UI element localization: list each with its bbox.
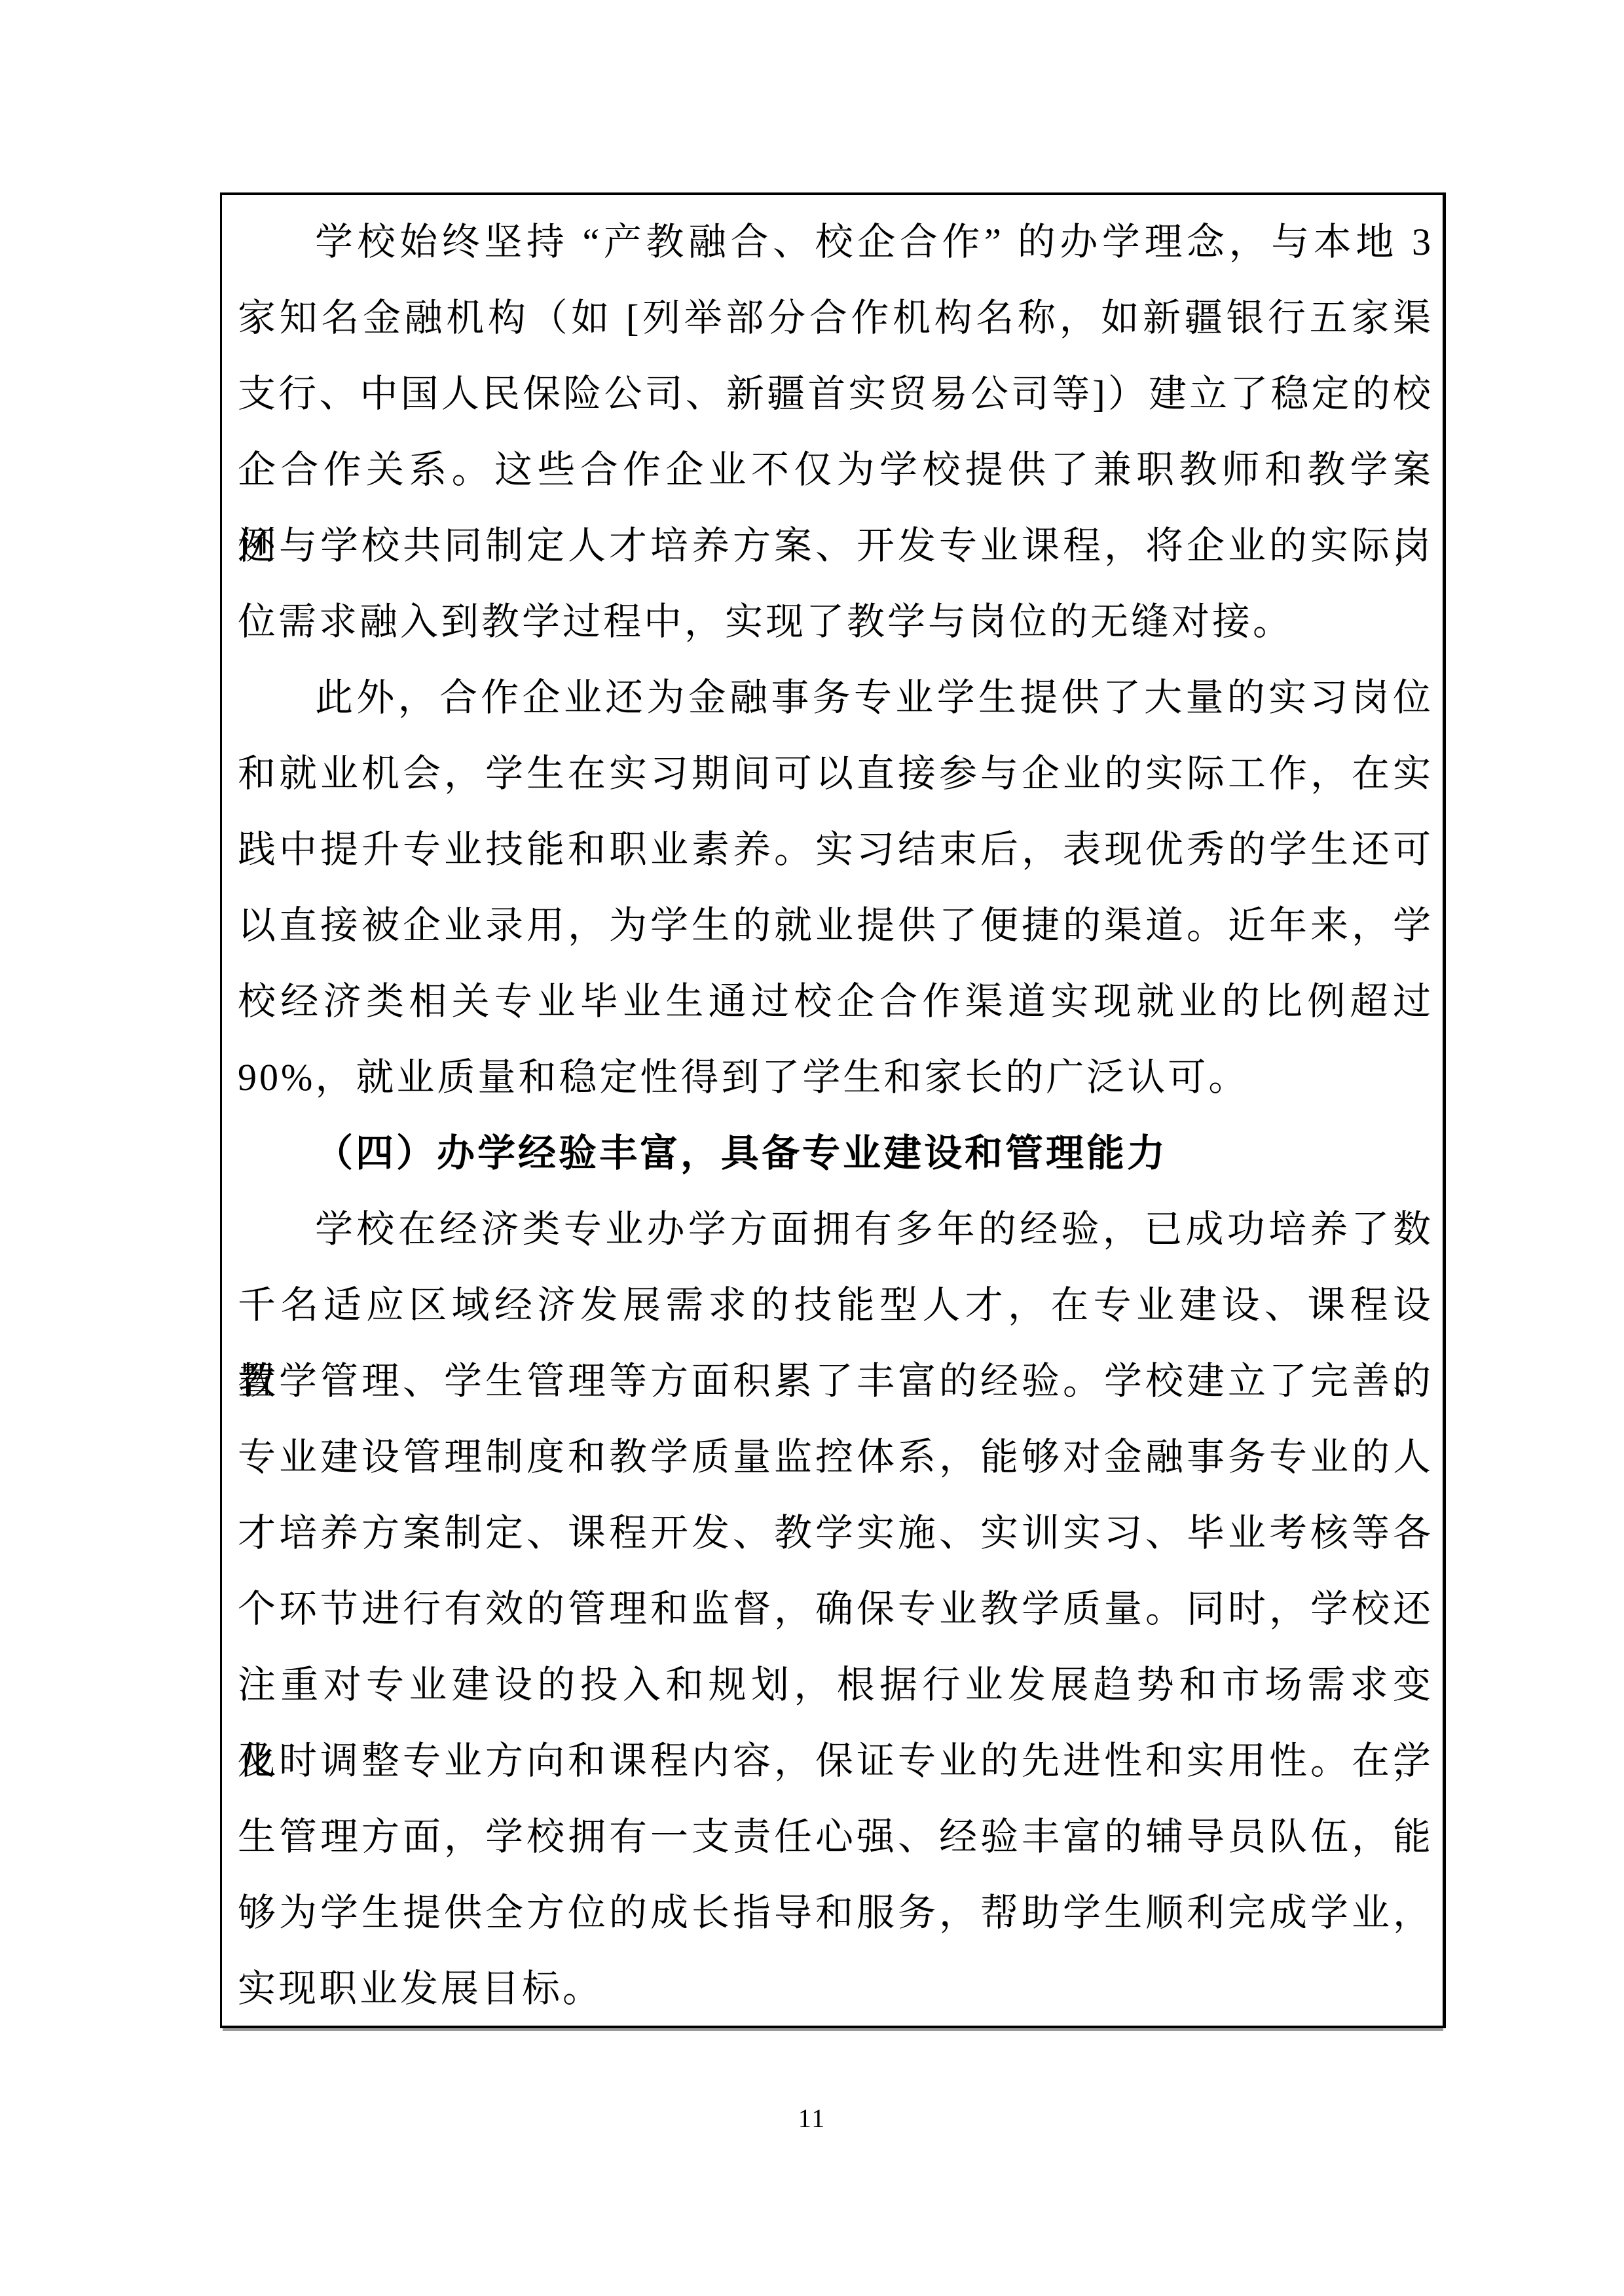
text-line: 企合作关系。这些合作企业不仅为学校提供了兼职教师和教学案例， (238, 432, 1433, 508)
table-cell-border: 学校始终坚持 “产教融合、校企合作” 的办学理念，与本地 3 家知名金融机构（如… (220, 192, 1446, 2028)
text-line: 实现职业发展目标。 (238, 1951, 1433, 2027)
text-line: 注重对专业建设的投入和规划，根据行业发展趋势和市场需求变化， (238, 1647, 1433, 1723)
text-line: 够为学生提供全方位的成长指导和服务，帮助学生顺利完成学业， (238, 1875, 1433, 1951)
text-line: 及时调整专业方向和课程内容，保证专业的先进性和实用性。在学 (238, 1723, 1433, 1799)
document-page: 学校始终坚持 “产教融合、校企合作” 的办学理念，与本地 3 家知名金融机构（如… (0, 0, 1624, 2296)
text-line: 学校始终坚持 “产教融合、校企合作” 的办学理念，与本地 3 (238, 204, 1433, 280)
text-line: 此外，合作企业还为金融事务专业学生提供了大量的实习岗位 (238, 660, 1433, 736)
text-line: 千名适应区域经济发展需求的技能型人才，在专业建设、课程设置、 (238, 1267, 1433, 1343)
text-line: 90%，就业质量和稳定性得到了学生和家长的广泛认可。 (238, 1040, 1433, 1116)
text-line: 学校在经济类专业办学方面拥有多年的经验，已成功培养了数 (238, 1192, 1433, 1267)
text-line: 以直接被企业录用，为学生的就业提供了便捷的渠道。近年来，学 (238, 888, 1433, 964)
text-line: 校经济类相关专业毕业生通过校企合作渠道实现就业的比例超过 (238, 964, 1433, 1040)
text-line: 和就业机会，学生在实习期间可以直接参与企业的实际工作，在实 (238, 736, 1433, 812)
text-line: 专业建设管理制度和教学质量监控体系，能够对金融事务专业的人 (238, 1419, 1433, 1495)
text-line: 教学管理、学生管理等方面积累了丰富的经验。学校建立了完善的 (238, 1343, 1433, 1419)
text-line: 才培养方案制定、课程开发、教学实施、实训实习、毕业考核等各 (238, 1495, 1433, 1571)
text-line: 践中提升专业技能和职业素养。实习结束后，表现优秀的学生还可 (238, 812, 1433, 888)
page-number: 11 (0, 2103, 1624, 2134)
text-line: 还与学校共同制定人才培养方案、开发专业课程，将企业的实际岗 (238, 508, 1433, 584)
text-line: 个环节进行有效的管理和监督，确保专业教学质量。同时，学校还 (238, 1571, 1433, 1647)
section-heading: （四）办学经验丰富，具备专业建设和管理能力 (238, 1116, 1433, 1192)
text-line: 支行、中国人民保险公司、新疆首实贸易公司等]）建立了稳定的校 (238, 356, 1433, 432)
text-line: 家知名金融机构（如 [列举部分合作机构名称，如新疆银行五家渠 (238, 280, 1433, 356)
text-line: 位需求融入到教学过程中，实现了教学与岗位的无缝对接。 (238, 584, 1433, 660)
text-line: 生管理方面，学校拥有一支责任心强、经验丰富的辅导员队伍，能 (238, 1799, 1433, 1875)
